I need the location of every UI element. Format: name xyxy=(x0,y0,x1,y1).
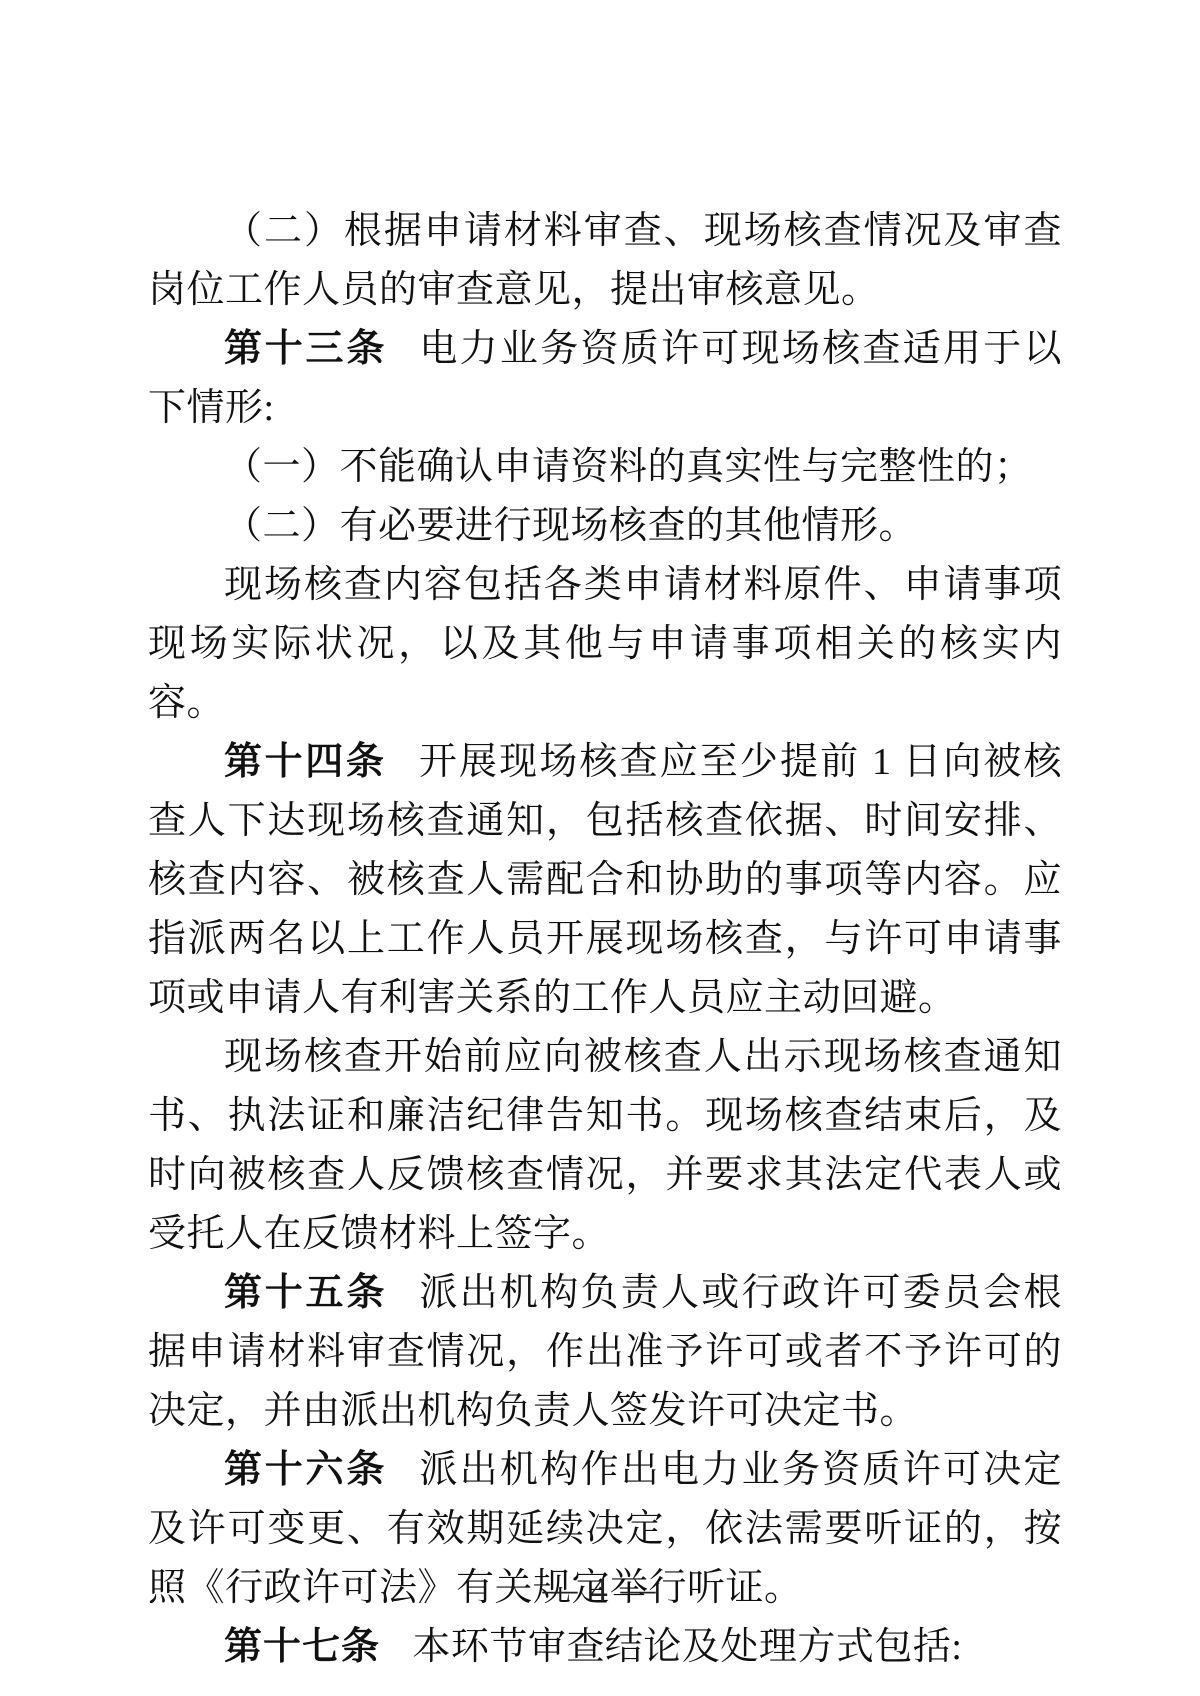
article-number: 第十六条 xyxy=(224,1449,387,1491)
paragraph: 第十五条派出机构负责人或行政许可委员会根据申请材料审查情况，作出准予许可或者不予… xyxy=(148,1264,1062,1441)
page-number: — 4 — xyxy=(0,1566,1200,1614)
article-number: 第十七条 xyxy=(224,1626,380,1668)
paragraph: 现场核查开始前应向被核查人出示现场核查通知书、执法证和廉洁纪律告知书。现场核查结… xyxy=(148,1028,1062,1264)
document-page: （二）根据申请材料审查、现场核查情况及审查岗位工作人员的审查意见，提出审核意见。… xyxy=(0,0,1200,1696)
article-number: 第十五条 xyxy=(224,1272,387,1314)
document-body: （二）根据申请材料审查、现场核查情况及审查岗位工作人员的审查意见，提出审核意见。… xyxy=(148,202,1062,1677)
paragraph: （二）有必要进行现场核查的其他情形。 xyxy=(148,497,1062,556)
paragraph: （一）不能确认申请资料的真实性与完整性的； xyxy=(148,438,1062,497)
article-number: 第十三条 xyxy=(224,328,387,370)
paragraph: （二）根据申请材料审查、现场核查情况及审查岗位工作人员的审查意见，提出审核意见。 xyxy=(148,202,1062,320)
paragraph: 第十七条本环节审查结论及处理方式包括: xyxy=(148,1618,1062,1677)
article-number: 第十四条 xyxy=(224,741,387,783)
paragraph: 第十四条开展现场核查应至少提前 1 日向被核查人下达现场核查通知，包括核查依据、… xyxy=(148,733,1062,1028)
paragraph: 现场核查内容包括各类申请材料原件、申请事项现场实际状况，以及其他与申请事项相关的… xyxy=(148,556,1062,733)
paragraph: 第十三条电力业务资质许可现场核查适用于以下情形: xyxy=(148,320,1062,438)
